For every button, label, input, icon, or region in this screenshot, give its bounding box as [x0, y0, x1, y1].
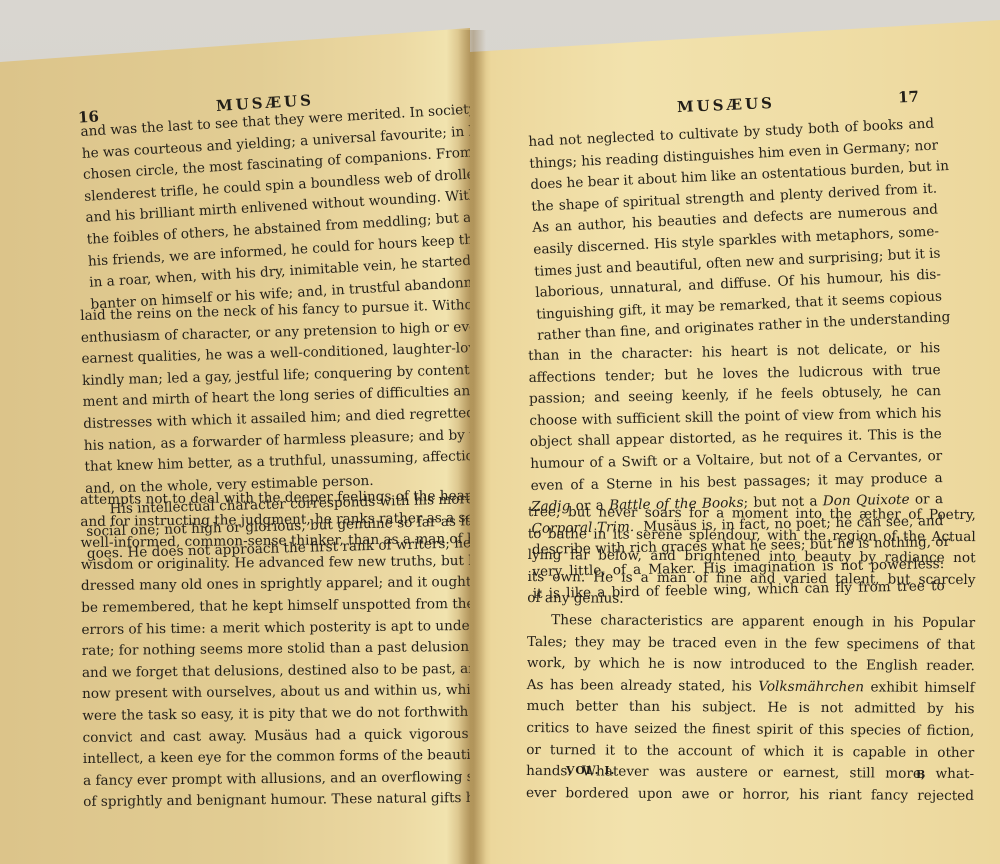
text-line: of sprightly and benignant humour. These…	[83, 788, 469, 814]
text-line: much better than his subject. He is not …	[526, 696, 974, 721]
book-gutter	[458, 30, 486, 864]
gathering-signature: B	[916, 768, 926, 781]
right-page-text-upper: had not neglected to cultivate by study …	[528, 114, 943, 348]
text-line: or turned it to the account of which it …	[526, 740, 974, 765]
text-line: to bathe in its serene splendour, with t…	[528, 524, 976, 549]
text-line: critics to have seized the finest spirit…	[526, 718, 974, 743]
title-volksmaehrchen: Volksmährchen	[758, 678, 864, 695]
open-book-spread: 16 MUSÆUS and was the last to see that t…	[0, 0, 1000, 864]
page-number: 17	[898, 88, 920, 107]
left-page-text-lower: attempts not to deal with the deeper fee…	[80, 486, 469, 814]
running-head: MUSÆUS	[677, 94, 776, 116]
text-line: ever bordered upon awe or horror, his ri…	[526, 783, 974, 808]
text-line-italic-refs: As has been already stated, his Volksmäh…	[527, 675, 975, 700]
right-page: MUSÆUS 17 had not neglected to cultivate…	[470, 0, 1000, 864]
paragraph-start-line: These characteristics are apparent enoug…	[527, 610, 975, 635]
text-line: tree; but never soars for a moment into …	[528, 502, 976, 527]
left-page-text: and was the last to see that they were m…	[80, 100, 470, 316]
text-line: lying far below, and brightened into bea…	[528, 545, 976, 570]
text-line: work, by which he is now introduced to t…	[527, 653, 975, 678]
volume-signature: VOL. I.	[566, 764, 615, 777]
text-line: of any genius.	[527, 588, 975, 613]
right-page-text-lower: tree; but never soars for a moment into …	[526, 502, 976, 807]
left-page: 16 MUSÆUS and was the last to see that t…	[0, 0, 470, 864]
text-line: its own. He is a man of fine and varied …	[527, 567, 975, 592]
text-line: Tales; they may be traced even in the fe…	[527, 632, 975, 657]
